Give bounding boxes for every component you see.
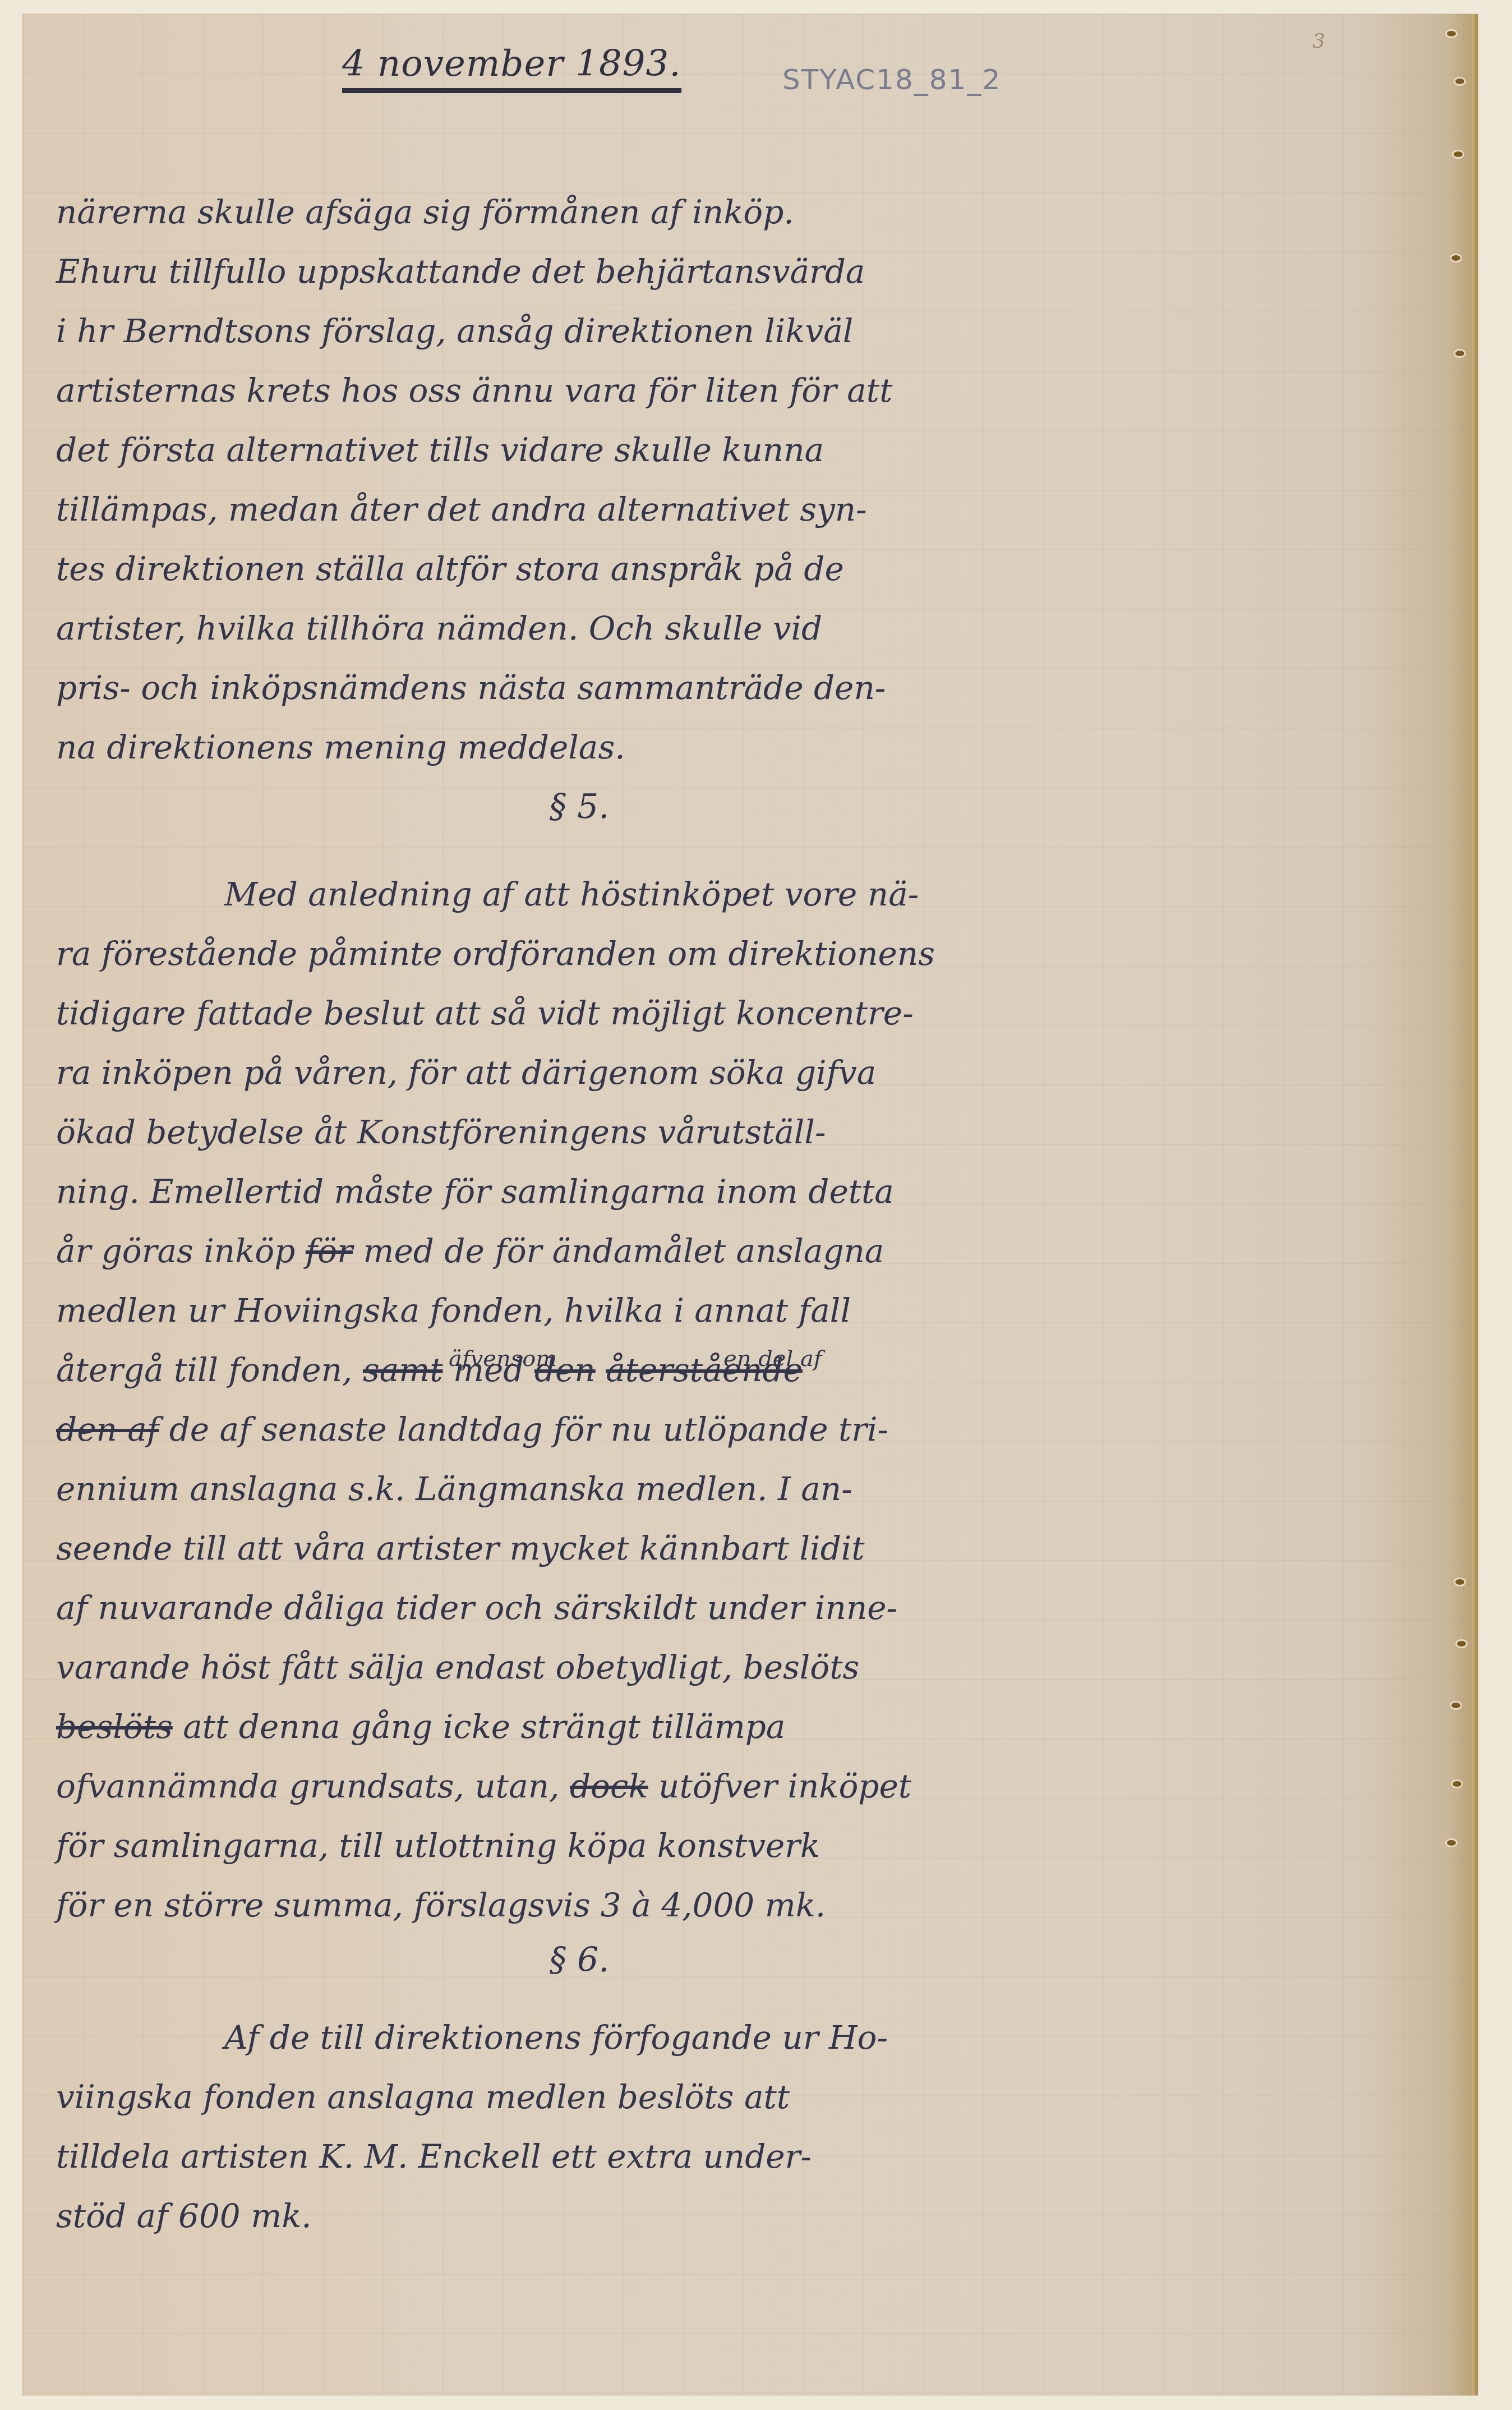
struck-word: för [306, 1232, 353, 1270]
text-line: viingska fonden anslagna medlen beslöts … [56, 2067, 1122, 2127]
text-line: äfvensom en del af återgå till fonden, s… [56, 1340, 1122, 1400]
text-line: Med anledning af att höstinköpet vore nä… [56, 864, 1122, 924]
spacer [56, 836, 1122, 864]
text-line: na direktionens mening meddelas. [56, 718, 1122, 777]
text-line: beslöts att denna gång icke strängt till… [56, 1697, 1122, 1756]
text-line: ofvannämnda grundsats, utan, dock utöfve… [56, 1756, 1122, 1816]
text-line: närerna skulle afsäga sig förmånen af in… [56, 182, 1122, 242]
punch-hole-icon [1455, 79, 1464, 84]
text-segment: med de för ändamålet anslagna [363, 1232, 884, 1270]
text-line: tidigare fattade beslut att så vidt möjl… [56, 983, 1122, 1043]
text-line: seende till att våra artister mycket kän… [56, 1519, 1122, 1578]
struck-word: den af [56, 1410, 159, 1448]
interlinear-insertion: en del af [723, 1329, 822, 1388]
text-line: för en större summa, förslagsvis 3 à 4,0… [56, 1875, 1122, 1935]
minutes-text: närerna skulle afsäga sig förmånen af in… [56, 182, 1122, 2246]
struck-word: beslöts [56, 1708, 173, 1746]
manuscript-page: 3 4 november 1893. STYAC18_81_2 närerna … [22, 14, 1478, 2395]
text-line: år göras inköp för med de för ändamålet … [56, 1221, 1122, 1281]
text-line: stöd af 600 mk. [56, 2186, 1122, 2246]
text-line: den af de af senaste landtdag för nu utl… [56, 1400, 1122, 1459]
text-line: tillämpas, medan åter det andra alternat… [56, 480, 1122, 539]
punch-hole-icon [1455, 1579, 1464, 1585]
struck-word: dock [570, 1767, 648, 1805]
text-line: ra förestående påminte ordföranden om di… [56, 924, 1122, 983]
text-line: Ehuru tillfullo uppskattande det behjärt… [56, 242, 1122, 301]
text-segment: återgå till fonden, [56, 1351, 352, 1389]
section-6-heading: § 6. [56, 1935, 1122, 1985]
archive-reference: STYAC18_81_2 [782, 63, 1001, 96]
text-segment: ofvannämnda grundsats, utan, [56, 1767, 560, 1805]
text-line: ennium anslagna s.k. Längmanska medlen. … [56, 1459, 1122, 1519]
date-heading: 4 november 1893. [342, 43, 681, 93]
text-line: i hr Berndtsons förslag, ansåg direktion… [56, 301, 1122, 361]
text-line: varande höst fått sälja endast obetydlig… [56, 1638, 1122, 1697]
punch-hole-icon [1447, 1840, 1456, 1846]
punch-hole-icon [1451, 1703, 1460, 1708]
text-segment: utöfver inköpet [658, 1767, 911, 1805]
text-line: det första alternativet tills vidare sku… [56, 420, 1122, 480]
text-line: tes direktionen ställa altför stora ansp… [56, 539, 1122, 599]
text-segment: att denna gång icke strängt tillämpa [183, 1708, 785, 1746]
interlinear-insertion: äfvensom [449, 1329, 557, 1388]
struck-word: samt [363, 1351, 443, 1389]
text-line: pris- och inköpsnämdens nästa sammanträd… [56, 658, 1122, 718]
text-line: för samlingarna, till utlottning köpa ko… [56, 1816, 1122, 1875]
text-line: ökad betydelse åt Konstföreningens vårut… [56, 1102, 1122, 1162]
punch-hole-icon [1454, 151, 1463, 157]
text-line: medlen ur Hoviingska fonden, hvilka i an… [56, 1281, 1122, 1340]
spacer [56, 1985, 1122, 2008]
punch-hole-icon [1455, 351, 1464, 356]
text-line: ning. Emellertid måste för samlingarna i… [56, 1162, 1122, 1221]
text-line: artister, hvilka tillhöra nämden. Och sk… [56, 599, 1122, 658]
punch-hole-icon [1451, 255, 1460, 261]
text-line: Af de till direktionens förfogande ur Ho… [56, 2008, 1122, 2067]
text-line: tilldela artisten K. M. Enckell ett extr… [56, 2127, 1122, 2186]
punch-hole-icon [1453, 1781, 1462, 1787]
punch-hole-icon [1447, 31, 1456, 36]
corner-pencil-mark: 3 [1312, 30, 1325, 53]
text-line: ra inköpen på våren, för att därigenom s… [56, 1043, 1122, 1102]
text-line: af nuvarande dåliga tider och särskildt … [56, 1578, 1122, 1638]
text-line: artisternas krets hos oss ännu vara för … [56, 361, 1122, 420]
text-segment: år göras inköp [56, 1232, 295, 1270]
punch-hole-icon [1457, 1641, 1466, 1646]
section-5-heading: § 5. [56, 777, 1122, 836]
text-segment: de af senaste landtdag för nu utlöpande … [169, 1410, 888, 1448]
